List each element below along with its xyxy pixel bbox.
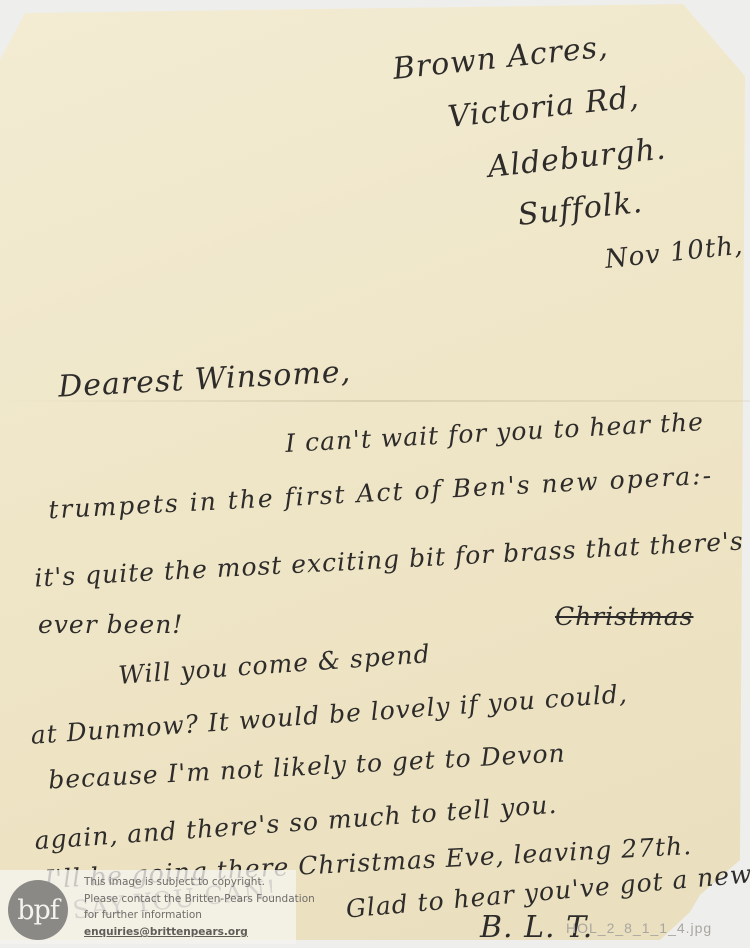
body-word-christmas: Christmas [555, 602, 694, 631]
watermark-line-1: This image is subject to copyright. [84, 876, 265, 888]
watermark-line-3: for further information [84, 909, 202, 921]
bpf-logo-icon: bpf [8, 880, 68, 940]
filename-label: HOL_2_8_1_1_4.jpg [566, 920, 712, 936]
watermark-line-2: Please contact the Britten-Pears Foundat… [84, 893, 315, 905]
body-line-4: ever been! [38, 610, 183, 639]
watermark-email-link[interactable]: enquiries@brittenpears.org [84, 926, 248, 938]
